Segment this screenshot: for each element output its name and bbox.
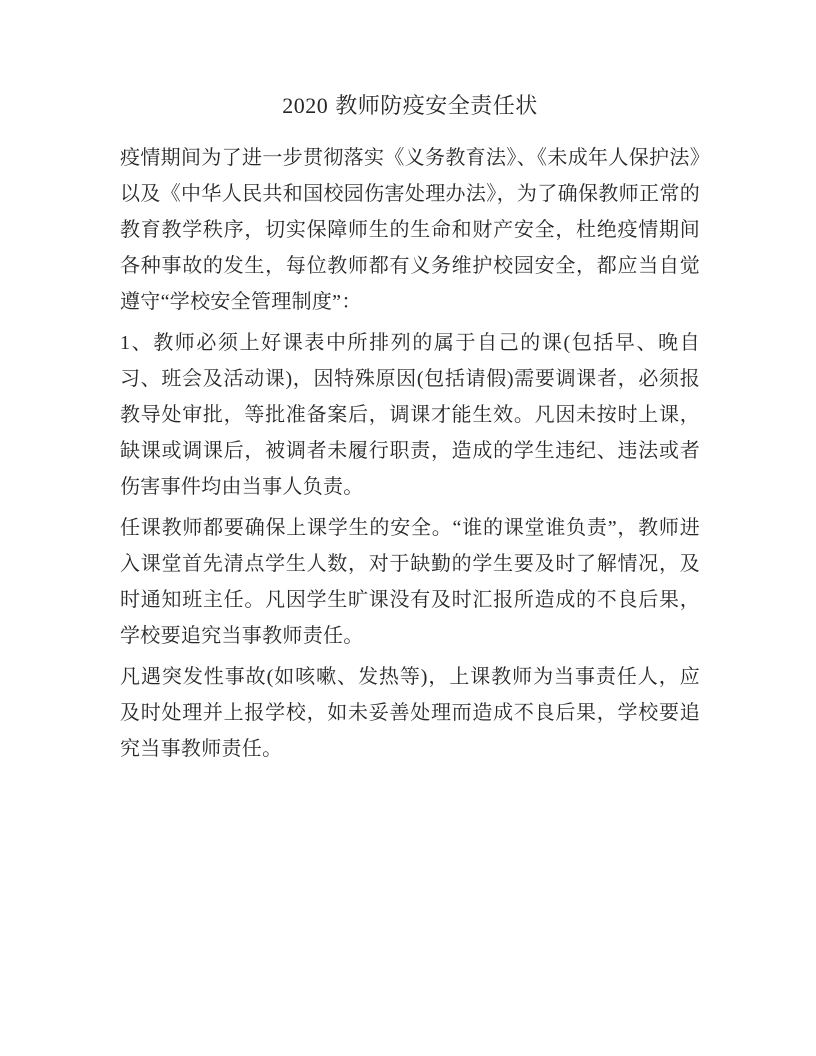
title-text: 教师防疫安全责任状 — [335, 93, 538, 118]
title-year: 2020 — [282, 93, 328, 118]
page-title: 2020教师防疫安全责任状 — [120, 88, 700, 124]
paragraph-intro: 疫情期间为了进一步贯彻落实《义务教育法》、《未成年人保护法》以及《中华人民共和国… — [120, 140, 700, 320]
paragraph-classroom-safety: 任课教师都要确保上课学生的安全。“谁的课堂谁负责”，教师进入课堂首先清点学生人数… — [120, 510, 700, 654]
paragraph-emergency-handling: 凡遇突发性事故(如咳嗽、发热等)，上课教师为当事责任人，应及时处理并上报学校，如… — [120, 659, 700, 767]
paragraph-rule-1-scheduling: 1、教师必须上好课表中所排列的属于自己的课(包括早、晚自习、班会及活动课)，因特… — [120, 325, 700, 505]
document-page: 2020教师防疫安全责任状 疫情期间为了进一步贯彻落实《义务教育法》、《未成年人… — [0, 0, 816, 1056]
